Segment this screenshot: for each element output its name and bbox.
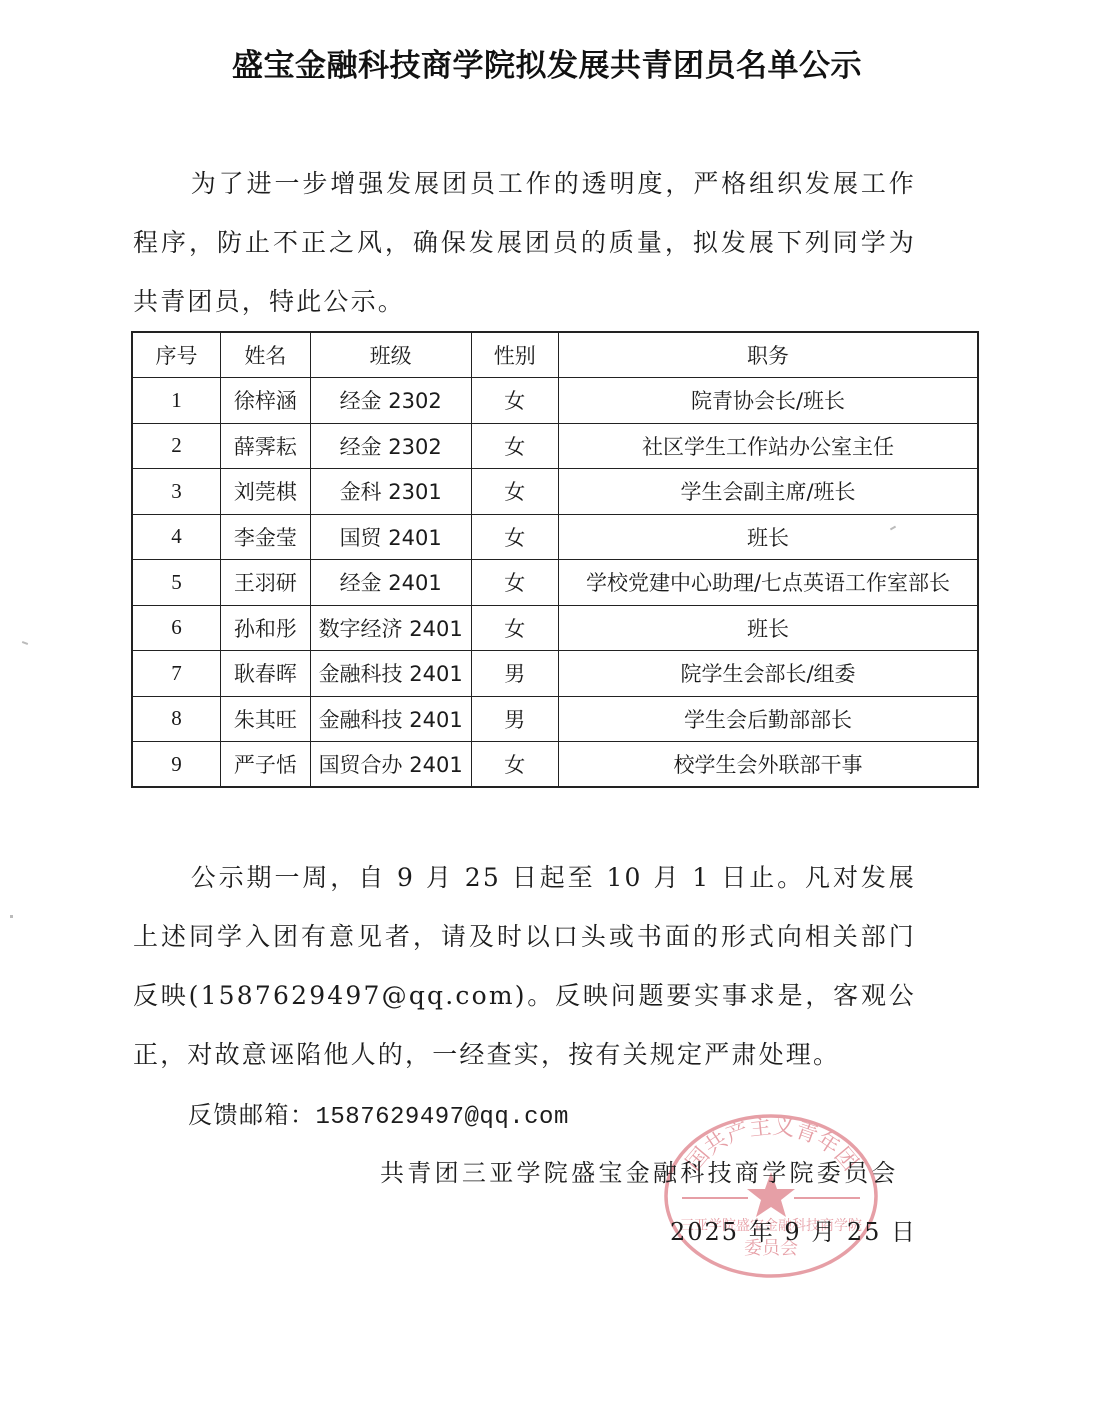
cell-position: 学生会后勤部部长 (559, 696, 978, 742)
notice-text: 公示期一周，自 9 月 25 日起至 10 月 1 日止。凡对发展上述同学入团有… (133, 863, 916, 1069)
cell-index: 2 (132, 423, 221, 469)
cell-index: 6 (132, 605, 221, 651)
issuing-organization: 共青团三亚学院盛宝金融科技商学院委员会 (380, 1153, 920, 1188)
cell-class: 数字经济 2401 (310, 605, 471, 651)
cell-gender: 女 (471, 378, 559, 424)
cell-gender: 女 (471, 742, 559, 788)
candidate-table: 序号 姓名 班级 性别 职务 1 徐梓涵 经金 2302 女 院青协会长/班长 … (131, 331, 979, 788)
cell-name: 徐梓涵 (221, 378, 311, 424)
header-gender: 性别 (471, 332, 559, 378)
cell-index: 1 (132, 378, 221, 424)
cell-gender: 女 (471, 469, 559, 515)
cell-index: 7 (132, 651, 221, 697)
cell-class: 金科 2301 (310, 469, 471, 515)
cell-name: 严子恬 (221, 742, 311, 788)
header-name: 姓名 (221, 332, 311, 378)
cell-position: 院学生会部长/组委 (559, 651, 978, 697)
issue-date: 2025 年 9 月 25 日 (670, 1212, 917, 1247)
document-title: 盛宝金融科技商学院拟发展共青团员名单公示 (0, 40, 1094, 85)
cell-class: 金融科技 2401 (310, 651, 471, 697)
cell-position: 学生会副主席/班长 (559, 469, 978, 515)
scan-speck (10, 915, 13, 918)
cell-position: 院青协会长/班长 (559, 378, 978, 424)
cell-gender: 女 (471, 514, 559, 560)
cell-index: 8 (132, 696, 221, 742)
table-header-row: 序号 姓名 班级 性别 职务 (132, 332, 978, 378)
table-row: 3 刘莞棋 金科 2301 女 学生会副主席/班长 (132, 469, 978, 515)
cell-gender: 男 (471, 696, 559, 742)
cell-gender: 女 (471, 605, 559, 651)
notice-paragraph: 公示期一周，自 9 月 25 日起至 10 月 1 日止。凡对发展上述同学入团有… (133, 848, 916, 1084)
cell-gender: 男 (471, 651, 559, 697)
header-index: 序号 (132, 332, 221, 378)
table-row: 7 耿春晖 金融科技 2401 男 院学生会部长/组委 (132, 651, 978, 697)
cell-name: 薛霁耘 (221, 423, 311, 469)
cell-name: 王羽研 (221, 560, 311, 606)
cell-class: 金融科技 2401 (310, 696, 471, 742)
cell-position: 社区学生工作站办公室主任 (559, 423, 978, 469)
cell-class: 经金 2302 (310, 378, 471, 424)
cell-index: 9 (132, 742, 221, 788)
intro-paragraph: 为了进一步增强发展团员工作的透明度，严格组织发展工作程序，防止不正之风，确保发展… (133, 154, 916, 331)
cell-index: 3 (132, 469, 221, 515)
cell-gender: 女 (471, 423, 559, 469)
cell-name: 李金莹 (221, 514, 311, 560)
cell-name: 耿春晖 (221, 651, 311, 697)
table-row: 2 薛霁耘 经金 2302 女 社区学生工作站办公室主任 (132, 423, 978, 469)
feedback-label: 反馈邮箱： (188, 1101, 316, 1129)
cell-index: 5 (132, 560, 221, 606)
cell-class: 经金 2302 (310, 423, 471, 469)
table-row: 9 严子恬 国贸合办 2401 女 校学生会外联部干事 (132, 742, 978, 788)
cell-position: 班长 (559, 605, 978, 651)
cell-class: 经金 2401 (310, 560, 471, 606)
cell-class: 国贸 2401 (310, 514, 471, 560)
table-row: 5 王羽研 经金 2401 女 学校党建中心助理/七点英语工作室部长 (132, 560, 978, 606)
table-row: 6 孙和彤 数字经济 2401 女 班长 (132, 605, 978, 651)
cell-gender: 女 (471, 560, 559, 606)
cell-name: 孙和彤 (221, 605, 311, 651)
cell-class: 国贸合办 2401 (310, 742, 471, 788)
intro-text: 为了进一步增强发展团员工作的透明度，严格组织发展工作程序，防止不正之风，确保发展… (133, 169, 916, 316)
header-position: 职务 (559, 332, 978, 378)
feedback-line: 反馈邮箱：1587629497@qq.com (188, 1095, 569, 1131)
cell-index: 4 (132, 514, 221, 560)
cell-name: 刘莞棋 (221, 469, 311, 515)
cell-name: 朱其旺 (221, 696, 311, 742)
cell-position: 班长 (559, 514, 978, 560)
scan-speck (22, 641, 28, 645)
header-class: 班级 (310, 332, 471, 378)
cell-position: 校学生会外联部干事 (559, 742, 978, 788)
cell-position: 学校党建中心助理/七点英语工作室部长 (559, 560, 978, 606)
official-seal-icon: 国共产主义青年团 三亚学院盛宝金融科技商学院 委员会 (660, 1112, 882, 1280)
table-row: 4 李金莹 国贸 2401 女 班长 (132, 514, 978, 560)
table-row: 1 徐梓涵 经金 2302 女 院青协会长/班长 (132, 378, 978, 424)
feedback-email: 1587629497@qq.com (316, 1104, 569, 1131)
table-row: 8 朱其旺 金融科技 2401 男 学生会后勤部部长 (132, 696, 978, 742)
